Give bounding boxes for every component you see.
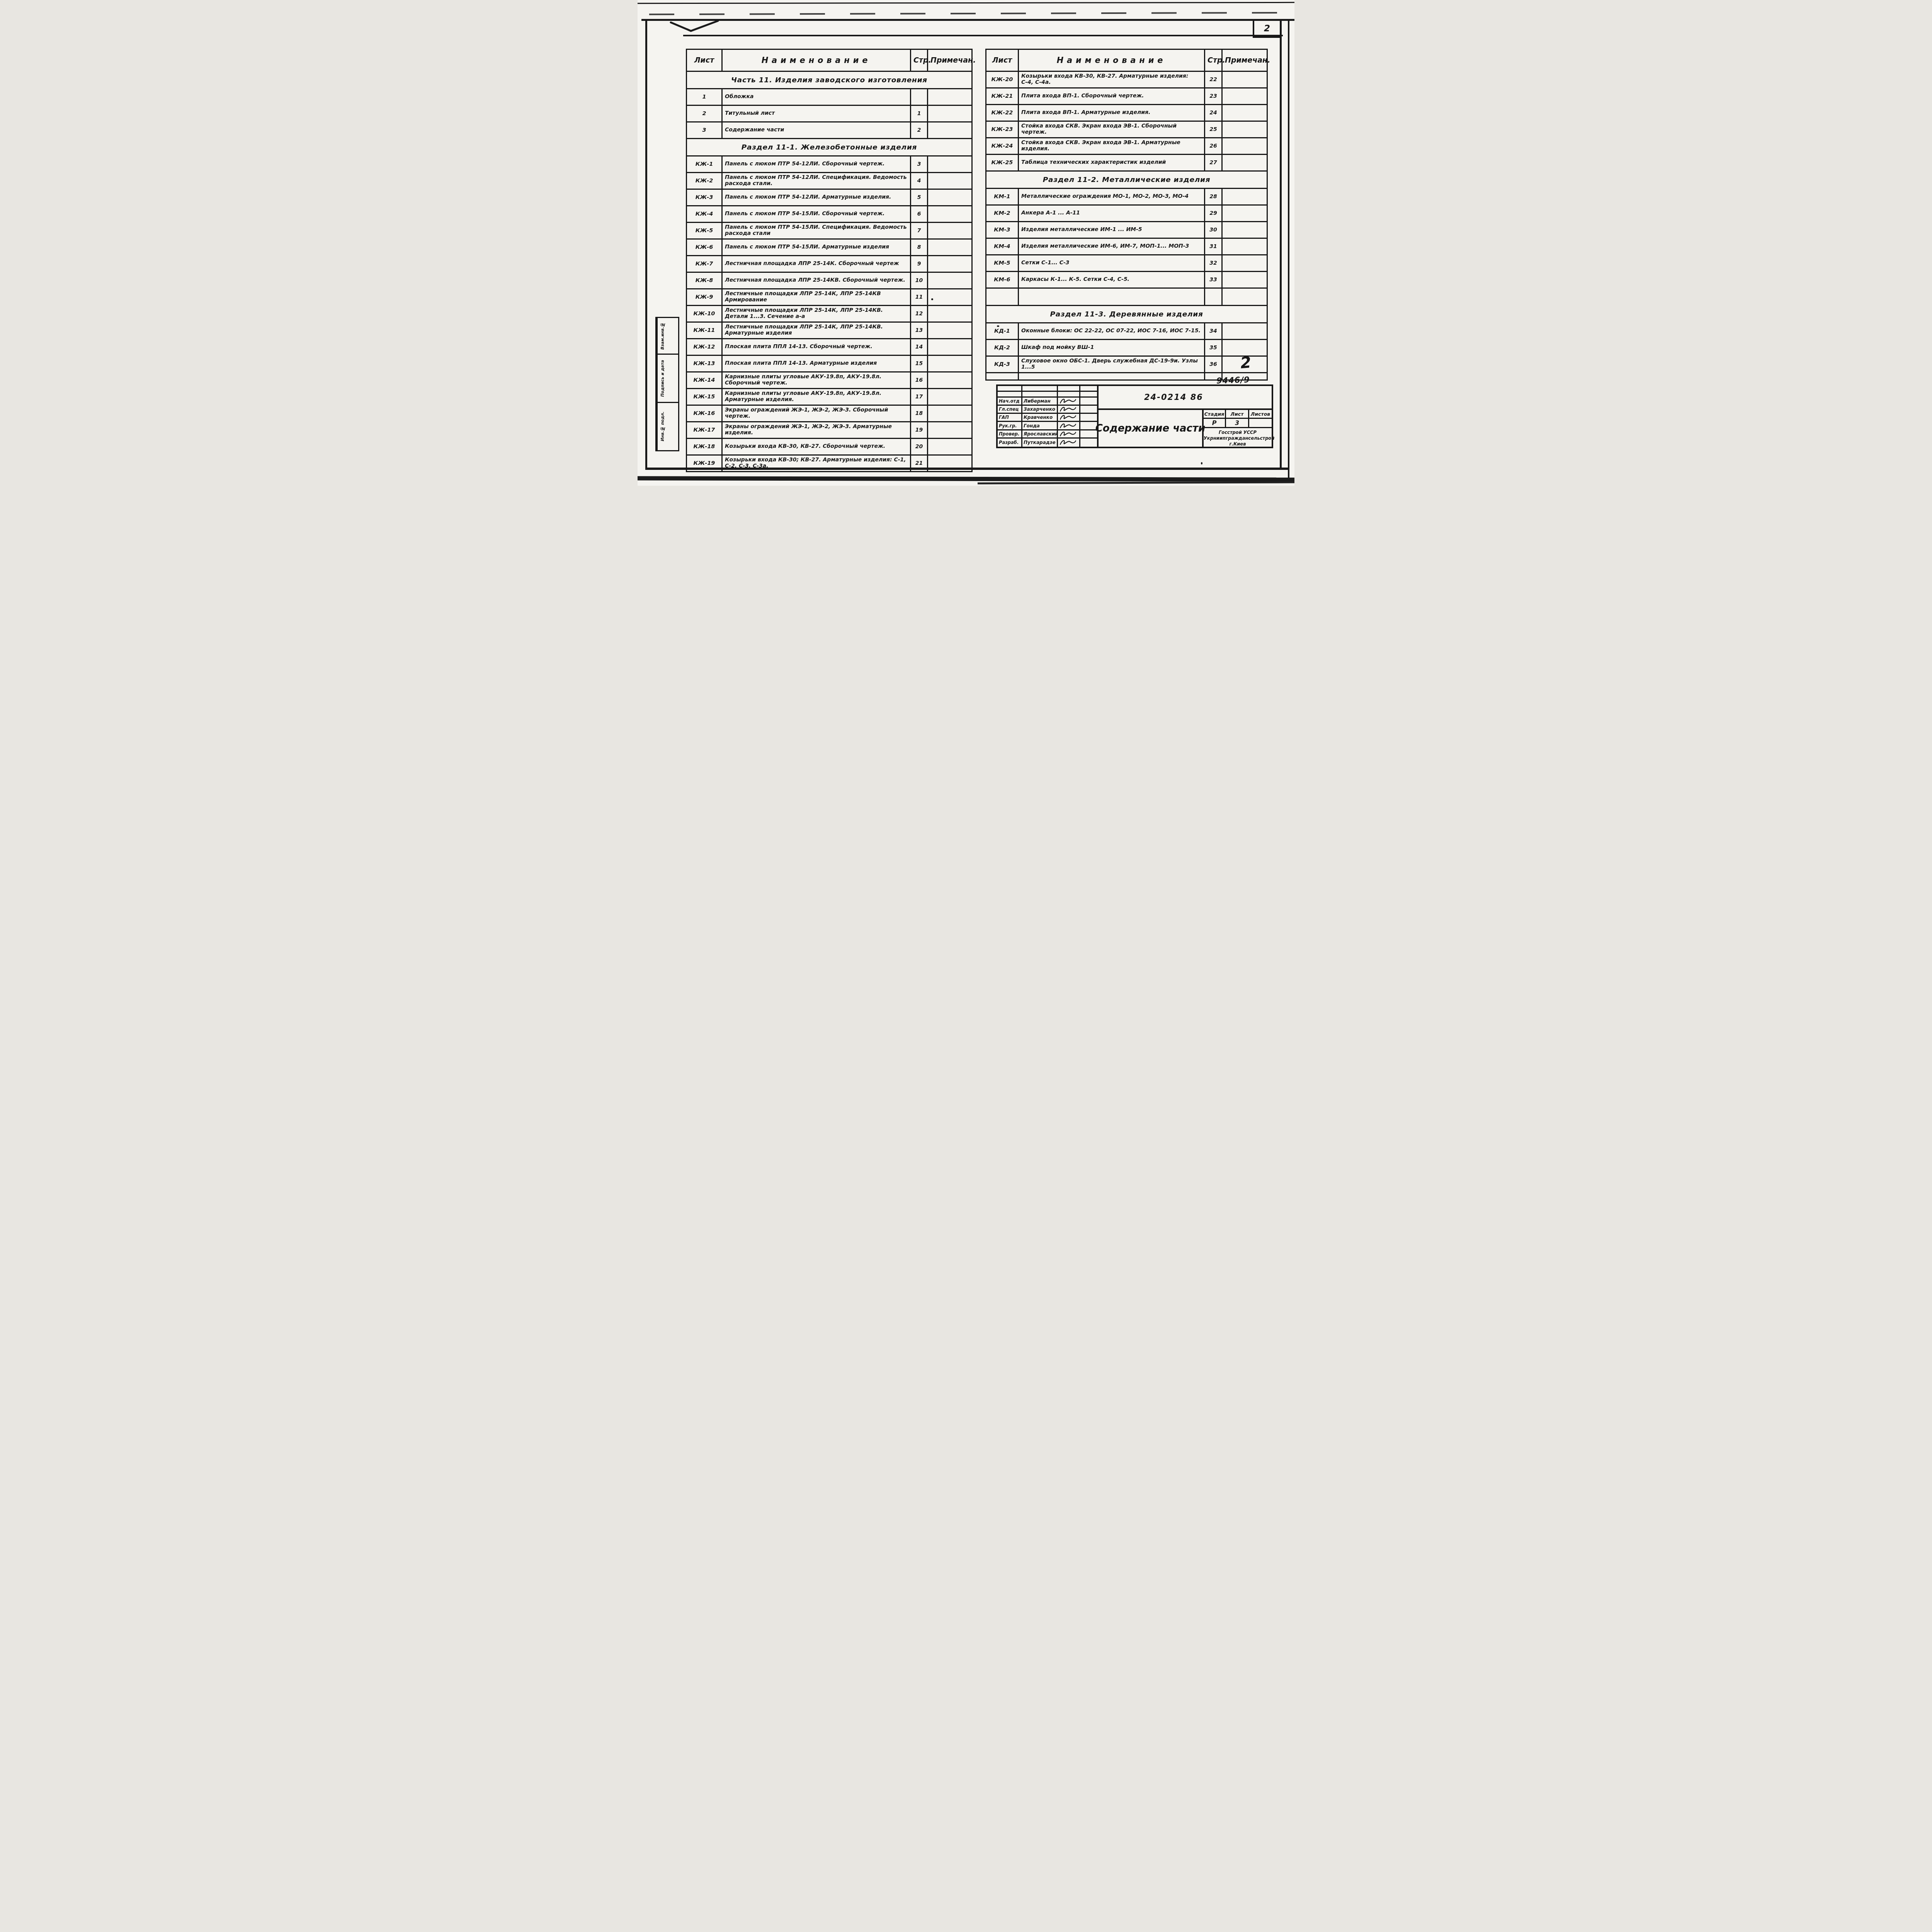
page-number: 19 <box>911 422 928 439</box>
signature-date-cell <box>1080 406 1097 414</box>
signature-role-cell: Гл.спец <box>998 406 1022 414</box>
organization-line: г.Киев <box>1204 441 1272 447</box>
signature-role: Рук.гр. <box>999 423 1017 429</box>
note-cell <box>1222 272 1267 288</box>
table-row: КЖ-20Козырьки входа КВ-30, КВ-27. Армату… <box>986 71 1267 88</box>
note-cell <box>1222 105 1267 121</box>
table-row: 2Титульный лист1 <box>687 105 972 122</box>
sheet-code: КЖ-25 <box>986 155 1019 171</box>
empty-cell <box>986 288 1019 306</box>
page-number: 4 <box>911 173 928 189</box>
margin-stamp-label: Подпись и дата <box>656 355 668 402</box>
signature-role: Разраб. <box>999 440 1019 445</box>
contents-table-left: ЛистНаименованиеСтр.Примечан.Часть 11. И… <box>686 49 971 472</box>
signature-scribble <box>1059 439 1077 446</box>
page-number: 6 <box>911 206 928 223</box>
item-name: Оконные блоки: ОС 22-22, ОС 07-22, ИОС 7… <box>1019 323 1205 340</box>
page-number: 36 <box>1205 356 1222 373</box>
sheet-title: Содержание части <box>1099 410 1204 447</box>
sheet-code: КЖ-3 <box>687 189 722 206</box>
note-cell <box>928 389 972 405</box>
page-number: 35 <box>1205 340 1222 356</box>
note-cell <box>1222 340 1267 356</box>
signature-role: ГАП <box>999 415 1009 420</box>
sheet-code: КЖ-15 <box>687 389 722 405</box>
page-number: 14 <box>911 339 928 355</box>
margin-stamp-cell: Подпись и дата <box>656 355 678 403</box>
signature-name-cell: Гонда <box>1022 422 1058 430</box>
signature-table: Нач.отдЛиберманГл.спецЗахарченкоГАПКравч… <box>998 386 1099 447</box>
note-cell <box>1222 255 1267 272</box>
note-cell <box>928 256 972 272</box>
note-cell <box>928 173 972 189</box>
sheets-label: Листов <box>1249 410 1272 419</box>
note-cell <box>928 156 972 173</box>
signature-date-cell <box>1080 414 1097 422</box>
signature-empty-cell <box>1022 392 1058 398</box>
note-cell <box>928 422 972 439</box>
signature-date-cell <box>1080 422 1097 430</box>
item-name: Титульный лист <box>722 105 911 122</box>
sheet-code: 3 <box>687 122 722 139</box>
sheet-code: КЖ-5 <box>687 223 722 239</box>
note-cell <box>928 322 972 339</box>
note-cell <box>1222 155 1267 171</box>
signature-name: Ярославский <box>1024 431 1058 437</box>
signature-name: Путкарадзе <box>1024 440 1056 445</box>
sheet-code: КЖ-21 <box>986 88 1019 105</box>
page-number: 31 <box>1205 238 1222 255</box>
item-name: Карнизные плиты угловые АКУ-19.8п, АКУ-1… <box>722 372 911 389</box>
signature-scribble <box>1059 422 1077 429</box>
table-row: КЖ-9Лестничные площадки ЛПР 25-14К, ЛПР … <box>687 289 972 306</box>
empty-cell <box>1019 373 1205 380</box>
signature-name-cell: Ярославский <box>1022 430 1058 439</box>
signature-role-cell: Разраб. <box>998 439 1022 447</box>
table-row: КЖ-25Таблица технических характеристик и… <box>986 155 1267 171</box>
item-name: Экраны ограждений ЖЭ-1, ЖЭ-2, ЖЭ-3. Арма… <box>722 422 911 439</box>
item-name: Лестничная площадка ЛПР 25-14КВ. Сборочн… <box>722 272 911 289</box>
sheet-code: КЖ-1 <box>687 156 722 173</box>
item-name: Сетки С-1... С-3 <box>1019 255 1205 272</box>
stage-label: Стадия <box>1204 410 1226 419</box>
column-header-note: Примечан. <box>928 49 972 71</box>
item-name: Панель с люком ПТР 54-15ЛИ. Сборочный че… <box>722 206 911 223</box>
table-row: КЖ-4Панель с люком ПТР 54-15ЛИ. Сборочны… <box>687 206 972 223</box>
table-row: КЖ-5Панель с люком ПТР 54-15ЛИ. Специфик… <box>687 223 972 239</box>
item-name: Карнизные плиты угловые АКУ-19.8п, АКУ-1… <box>722 389 911 405</box>
note-cell <box>928 239 972 256</box>
table-row: КЖ-24Стойка входа СКВ. Экран входа ЭВ-1.… <box>986 138 1267 155</box>
signature-empty-cell <box>1080 386 1097 392</box>
signature-empty-cell <box>998 392 1022 398</box>
sheet-code: КЖ-7 <box>687 256 722 272</box>
signature-empty-cell <box>1058 392 1080 398</box>
table-row: КЖ-23Стойка входа СКВ. Экран входа ЭВ-1.… <box>986 121 1267 138</box>
table-row: КЖ-14Карнизные плиты угловые АКУ-19.8п, … <box>687 372 972 389</box>
table-row: КЖ-13Плоская плита ППЛ 14-13. Арматурные… <box>687 355 972 372</box>
item-name: Слуховое окно ОБС-1. Дверь служебная ДС-… <box>1019 356 1205 373</box>
page-number: 26 <box>1205 138 1222 155</box>
note-cell <box>1222 71 1267 88</box>
note-cell <box>1222 238 1267 255</box>
empty-cell <box>1019 288 1205 306</box>
table-row: КЖ-15Карнизные плиты угловые АКУ-19.8п, … <box>687 389 972 405</box>
note-cell <box>1222 189 1267 205</box>
stage-block: Стадия Лист Листов Р 3 Госстрой УССРУкрн… <box>1204 410 1272 447</box>
title-block: Нач.отдЛиберманГл.спецЗахарченкоГАПКравч… <box>996 384 1273 448</box>
signature-name-cell: Либерман <box>1022 398 1058 406</box>
frame-right-line <box>1280 19 1282 470</box>
scan-edge-line-bottom-2 <box>978 481 1294 485</box>
signature-name: Кравченко <box>1024 415 1053 420</box>
margin-stamp-label: Взам.инв.№ <box>656 318 668 354</box>
sheet-code: КМ-3 <box>986 222 1019 238</box>
table-row: КД-3Слуховое окно ОБС-1. Дверь служебная… <box>986 356 1267 373</box>
note-cell <box>928 189 972 206</box>
signature-scribble <box>1059 414 1077 421</box>
signature-name-cell: Путкарадзе <box>1022 439 1058 447</box>
sheet-code: КЖ-20 <box>986 71 1019 88</box>
table-row: КЖ-6Панель с люком ПТР 54-15ЛИ. Арматурн… <box>687 239 972 256</box>
table-row: КЖ-8Лестничная площадка ЛПР 25-14КВ. Сбо… <box>687 272 972 289</box>
page-number: 27 <box>1205 155 1222 171</box>
signature-name: Захарченко <box>1024 406 1055 412</box>
table-row: КЖ-22Плита входа ВП-1. Арматурные издели… <box>986 105 1267 121</box>
note-cell <box>928 122 972 139</box>
margin-stamp-cell: Взам.инв.№ <box>656 318 678 355</box>
sheet-code: КД-3 <box>986 356 1019 373</box>
table-row: 1Обложка <box>687 89 972 105</box>
note-cell <box>928 206 972 223</box>
note-cell <box>928 405 972 422</box>
page-number: 2 <box>911 122 928 139</box>
section-row: Часть 11. Изделия заводского изготовлени… <box>687 71 972 89</box>
scan-speck <box>1201 462 1202 464</box>
sheet-code: КЖ-4 <box>687 206 722 223</box>
table-row: 3Содержание части2 <box>687 122 972 139</box>
table-row: КМ-1Металлические ограждения МО-1, МО-2,… <box>986 189 1267 205</box>
page-number: 25 <box>1205 121 1222 138</box>
margin-stamp-blank <box>668 318 678 354</box>
signature-scribble <box>1059 406 1077 413</box>
item-name: Шкаф под мойку ВШ-1 <box>1019 340 1205 356</box>
sheet-code: КЖ-24 <box>986 138 1019 155</box>
section-title: Раздел 11-1. Железобетонные изделия <box>687 139 972 156</box>
table-row: КЖ-1Панель с люком ПТР 54-12ЛИ. Сборочны… <box>687 156 972 173</box>
item-name: Плита входа ВП-1. Арматурные изделия. <box>1019 105 1205 121</box>
page-number: 10 <box>911 272 928 289</box>
signature-role: Нач.отд <box>999 398 1020 404</box>
note-cell <box>928 306 972 322</box>
table-row: КЖ-21Плита входа ВП-1. Сборочный чертеж.… <box>986 88 1267 105</box>
signature-role: Гл.спец <box>999 406 1019 412</box>
page-number: 29 <box>1205 205 1222 222</box>
handwritten-archive-number: 9446/9 <box>1216 375 1250 385</box>
table-row: КЖ-11Лестничные площадки ЛПР 25-14К, ЛПР… <box>687 322 972 339</box>
column-header-sheet: Лист <box>986 49 1019 71</box>
table-row: КМ-2Анкера А-1 ... А-1129 <box>986 205 1267 222</box>
signature-empty-cell <box>1080 392 1097 398</box>
signature-sign-cell <box>1058 430 1080 439</box>
sheet-code: КЖ-19 <box>687 455 722 472</box>
column-header-sheet: Лист <box>687 49 722 71</box>
frame-left-line <box>645 20 647 470</box>
signature-date-cell <box>1080 398 1097 406</box>
page-number-box: 2 <box>1253 21 1281 38</box>
margin-stamp-blank <box>668 403 678 450</box>
sheet-code: КЖ-9 <box>687 289 722 306</box>
item-name: Плита входа ВП-1. Сборочный чертеж. <box>1019 88 1205 105</box>
page-number: 23 <box>1205 88 1222 105</box>
item-name: Изделия металлические ИМ-6, ИМ-7, МОП-1.… <box>1019 238 1205 255</box>
table-row: КЖ-18Козырьки входа КВ-30, КВ-27. Сбороч… <box>687 439 972 455</box>
document-number: 24-0214 86 <box>1099 386 1272 410</box>
page-number: 13 <box>911 322 928 339</box>
sheet-code: КЖ-22 <box>986 105 1019 121</box>
empty-cell <box>1205 288 1222 306</box>
note-cell <box>1222 205 1267 222</box>
sheet-code: КЖ-23 <box>986 121 1019 138</box>
table-row: КД-1Оконные блоки: ОС 22-22, ОС 07-22, И… <box>986 323 1267 340</box>
table-row: КМ-3Изделия металлические ИМ-1 ... ИМ-53… <box>986 222 1267 238</box>
scan-edge-line-bottom <box>638 476 1294 482</box>
contents-table-right: ЛистНаименованиеСтр.Примечан.КЖ-20Козырь… <box>985 49 1267 381</box>
signature-name: Либерман <box>1024 398 1051 404</box>
sheet-code: КЖ-14 <box>687 372 722 389</box>
section-title: Часть 11. Изделия заводского изготовлени… <box>687 71 972 89</box>
organization-name: Госстрой УССРУкрниипграждансельстройг.Ки… <box>1204 428 1272 447</box>
scan-edge-line-top <box>638 2 1294 4</box>
note-cell <box>928 339 972 355</box>
item-name: Анкера А-1 ... А-11 <box>1019 205 1205 222</box>
signature-role-cell: Рук.гр. <box>998 422 1022 430</box>
sheet-code: КМ-4 <box>986 238 1019 255</box>
sheet-code: КЖ-11 <box>687 322 722 339</box>
section-title: Раздел 11-2. Металлические изделия <box>986 171 1267 189</box>
signature-role-cell: ГАП <box>998 414 1022 422</box>
page-number: 30 <box>1205 222 1222 238</box>
note-cell <box>928 89 972 105</box>
table-header-row: ЛистНаименованиеСтр.Примечан. <box>986 49 1267 71</box>
item-name: Лестничные площадки ЛПР 25-14К, ЛПР 25-1… <box>722 306 911 322</box>
signature-sign-cell <box>1058 398 1080 406</box>
signature-sign-cell <box>1058 414 1080 422</box>
item-name: Плоская плита ППЛ 14-13. Сборочный черте… <box>722 339 911 355</box>
signature-date-cell <box>1080 430 1097 439</box>
signature-scribble <box>1059 398 1077 405</box>
table-row: КЖ-7Лестничная площадка ЛПР 25-14К. Сбор… <box>687 256 972 272</box>
note-cell <box>928 105 972 122</box>
note-cell <box>1222 138 1267 155</box>
note-cell <box>928 289 972 306</box>
note-cell <box>928 355 972 372</box>
sheet-code: КЖ-2 <box>687 173 722 189</box>
signature-empty-cell <box>1022 386 1058 392</box>
page-number: 32 <box>1205 255 1222 272</box>
note-cell <box>1222 323 1267 340</box>
page-number: 2 <box>1264 24 1270 34</box>
item-name: Козырьки входа КВ-30, КВ-27. Сборочный ч… <box>722 439 911 455</box>
margin-stamp-block: Взам.инв.№Подпись и датаИнв.№ подл. <box>655 317 679 451</box>
note-cell <box>928 455 972 472</box>
section-title: Раздел 11-3. Деревянные изделия <box>986 306 1267 323</box>
item-name: Стойка входа СКВ. Экран входа ЭВ-1. Арма… <box>1019 138 1205 155</box>
table-row: КМ-6Каркасы К-1... К-5. Сетки С-4, С-5.3… <box>986 272 1267 288</box>
sheet-code: КЖ-18 <box>687 439 722 455</box>
sheet-code: КЖ-13 <box>687 355 722 372</box>
item-name: Изделия металлические ИМ-1 ... ИМ-5 <box>1019 222 1205 238</box>
table-row: КЖ-16Экраны ограждений ЖЭ-1, ЖЭ-2, ЖЭ-3.… <box>687 405 972 422</box>
page-number: 5 <box>911 189 928 206</box>
item-name: Панель с люком ПТР 54-12ЛИ. Спецификация… <box>722 173 911 189</box>
item-name: Козырьки входа КВ-30, КВ-27. Арматурные … <box>1019 71 1205 88</box>
column-header-name: Наименование <box>722 49 911 71</box>
inner-top-line <box>683 35 1283 36</box>
item-name: Экраны ограждений ЖЭ-1, ЖЭ-2, ЖЭ-3. Сбор… <box>722 405 911 422</box>
sheet-code: КЖ-8 <box>687 272 722 289</box>
item-name: Плоская плита ППЛ 14-13. Арматурные изде… <box>722 355 911 372</box>
sheet-code: КЖ-10 <box>687 306 722 322</box>
item-name: Лестничные площадки ЛПР 25-14К, ЛПР 25-1… <box>722 322 911 339</box>
margin-stamp-blank <box>668 355 678 402</box>
table-row: КЖ-3Панель с люком ПТР 54-12ЛИ. Арматурн… <box>687 189 972 206</box>
item-name: Козырьки входа КВ-30; КВ-27. Арматурные … <box>722 455 911 472</box>
page-number: 24 <box>1205 105 1222 121</box>
sheet-label: Лист <box>1226 410 1249 419</box>
item-name: Стойка входа СКВ. Экран входа ЭВ-1. Сбор… <box>1019 121 1205 138</box>
item-name: Содержание части <box>722 122 911 139</box>
margin-stamp-cell: Инв.№ подл. <box>656 403 678 450</box>
page-number: 28 <box>1205 189 1222 205</box>
table-row: КЖ-12Плоская плита ППЛ 14-13. Сборочный … <box>687 339 972 355</box>
table-header-row: ЛистНаименованиеСтр.Примечан. <box>687 49 972 71</box>
organization-line: Госстрой УССР <box>1204 430 1272 435</box>
sheet-code: КМ-6 <box>986 272 1019 288</box>
organization-line: Укрниипграждансельстрой <box>1204 435 1272 441</box>
note-cell <box>1222 222 1267 238</box>
column-header-note: Примечан. <box>1222 49 1267 71</box>
table-row: КМ-4Изделия металлические ИМ-6, ИМ-7, МО… <box>986 238 1267 255</box>
note-cell <box>928 372 972 389</box>
page-number: 1 <box>911 105 928 122</box>
sheet-code: КД-1 <box>986 323 1019 340</box>
column-header-page: Стр. <box>1205 49 1222 71</box>
margin-stamp-label: Инв.№ подл. <box>656 403 668 450</box>
section-row: Раздел 11-3. Деревянные изделия <box>986 306 1267 323</box>
item-name: Каркасы К-1... К-5. Сетки С-4, С-5. <box>1019 272 1205 288</box>
page-number: 8 <box>911 239 928 256</box>
item-name: Обложка <box>722 89 911 105</box>
sheet-code: КМ-5 <box>986 255 1019 272</box>
page-number: 21 <box>911 455 928 472</box>
sheet-code: КМ-1 <box>986 189 1019 205</box>
page-number: 3 <box>911 156 928 173</box>
page-number: 12 <box>911 306 928 322</box>
page-number: 22 <box>1205 71 1222 88</box>
section-row: Раздел 11-1. Железобетонные изделия <box>687 139 972 156</box>
frame-top-line <box>641 19 1294 21</box>
signature-name-cell: Захарченко <box>1022 406 1058 414</box>
sheets-value <box>1249 419 1272 428</box>
item-name: Металлические ограждения МО-1, МО-2, МО-… <box>1019 189 1205 205</box>
table-row: КЖ-19Козырьки входа КВ-30; КВ-27. Армату… <box>687 455 972 472</box>
frame-right-outer-line <box>1288 19 1289 479</box>
signature-sign-cell <box>1058 439 1080 447</box>
signature-role-cell: Нач.отд <box>998 398 1022 406</box>
dashed-scan-line <box>649 12 1294 15</box>
item-name: Лестничные площадки ЛПР 25-14К, ЛПР 25-1… <box>722 289 911 306</box>
signature-sign-cell <box>1058 422 1080 430</box>
signature-date-cell <box>1080 439 1097 447</box>
signature-scribble <box>1059 430 1077 438</box>
table-row: КМ-5Сетки С-1... С-332 <box>986 255 1267 272</box>
page-number: 11 <box>911 289 928 306</box>
page-number: 18 <box>911 405 928 422</box>
signature-name: Гонда <box>1024 423 1040 429</box>
item-name: Лестничная площадка ЛПР 25-14К. Сборочны… <box>722 256 911 272</box>
page-number: 20 <box>911 439 928 455</box>
item-name: Таблица технических характеристик издели… <box>1019 155 1205 171</box>
signature-role-cell: Провер. <box>998 430 1022 439</box>
sheet-code: КЖ-6 <box>687 239 722 256</box>
handwritten-sheet-mark: 2 <box>1240 354 1252 372</box>
item-name: Панель с люком ПТР 54-12ЛИ. Сборочный че… <box>722 156 911 173</box>
note-cell <box>928 439 972 455</box>
sheet-value: 3 <box>1226 419 1249 428</box>
sheet-code: 2 <box>687 105 722 122</box>
page-number <box>911 89 928 105</box>
table-row: КЖ-2Панель с люком ПТР 54-12ЛИ. Специфик… <box>687 173 972 189</box>
empty-cell <box>1222 288 1267 306</box>
item-name: Панель с люком ПТР 54-15ЛИ. Спецификация… <box>722 223 911 239</box>
table-row: КЖ-10Лестничные площадки ЛПР 25-14К, ЛПР… <box>687 306 972 322</box>
sheet-code: КД-2 <box>986 340 1019 356</box>
handwritten-checkmark-scribble <box>669 19 719 33</box>
page-number: 33 <box>1205 272 1222 288</box>
signature-name-cell: Кравченко <box>1022 414 1058 422</box>
stage-value: Р <box>1204 419 1226 428</box>
page-number: 17 <box>911 389 928 405</box>
sheet-code: 1 <box>687 89 722 105</box>
empty-cell <box>986 373 1019 380</box>
page-number: 34 <box>1205 323 1222 340</box>
sheet-code: КЖ-12 <box>687 339 722 355</box>
note-cell <box>928 223 972 239</box>
sheet-code: КЖ-17 <box>687 422 722 439</box>
empty-row <box>986 288 1267 306</box>
page-number: 7 <box>911 223 928 239</box>
table-row: КЖ-17Экраны ограждений ЖЭ-1, ЖЭ-2, ЖЭ-3.… <box>687 422 972 439</box>
page-number: 15 <box>911 355 928 372</box>
signature-empty-cell <box>998 386 1022 392</box>
page-number: 9 <box>911 256 928 272</box>
signature-role: Провер. <box>999 431 1019 437</box>
signature-empty-cell <box>1058 386 1080 392</box>
item-name: Панель с люком ПТР 54-12ЛИ. Арматурные и… <box>722 189 911 206</box>
sheet-code: КЖ-16 <box>687 405 722 422</box>
table-row: КД-2Шкаф под мойку ВШ-135 <box>986 340 1267 356</box>
page-number: 16 <box>911 372 928 389</box>
section-row: Раздел 11-2. Металлические изделия <box>986 171 1267 189</box>
note-cell <box>1222 121 1267 138</box>
column-header-page: Стр. <box>911 49 928 71</box>
column-header-name: Наименование <box>1019 49 1205 71</box>
sheet-code: КМ-2 <box>986 205 1019 222</box>
item-name: Панель с люком ПТР 54-15ЛИ. Арматурные и… <box>722 239 911 256</box>
signature-sign-cell <box>1058 406 1080 414</box>
scanned-drawing-sheet: 2 Взам.инв.№Подпись и датаИнв.№ подл. Ли… <box>638 0 1294 486</box>
